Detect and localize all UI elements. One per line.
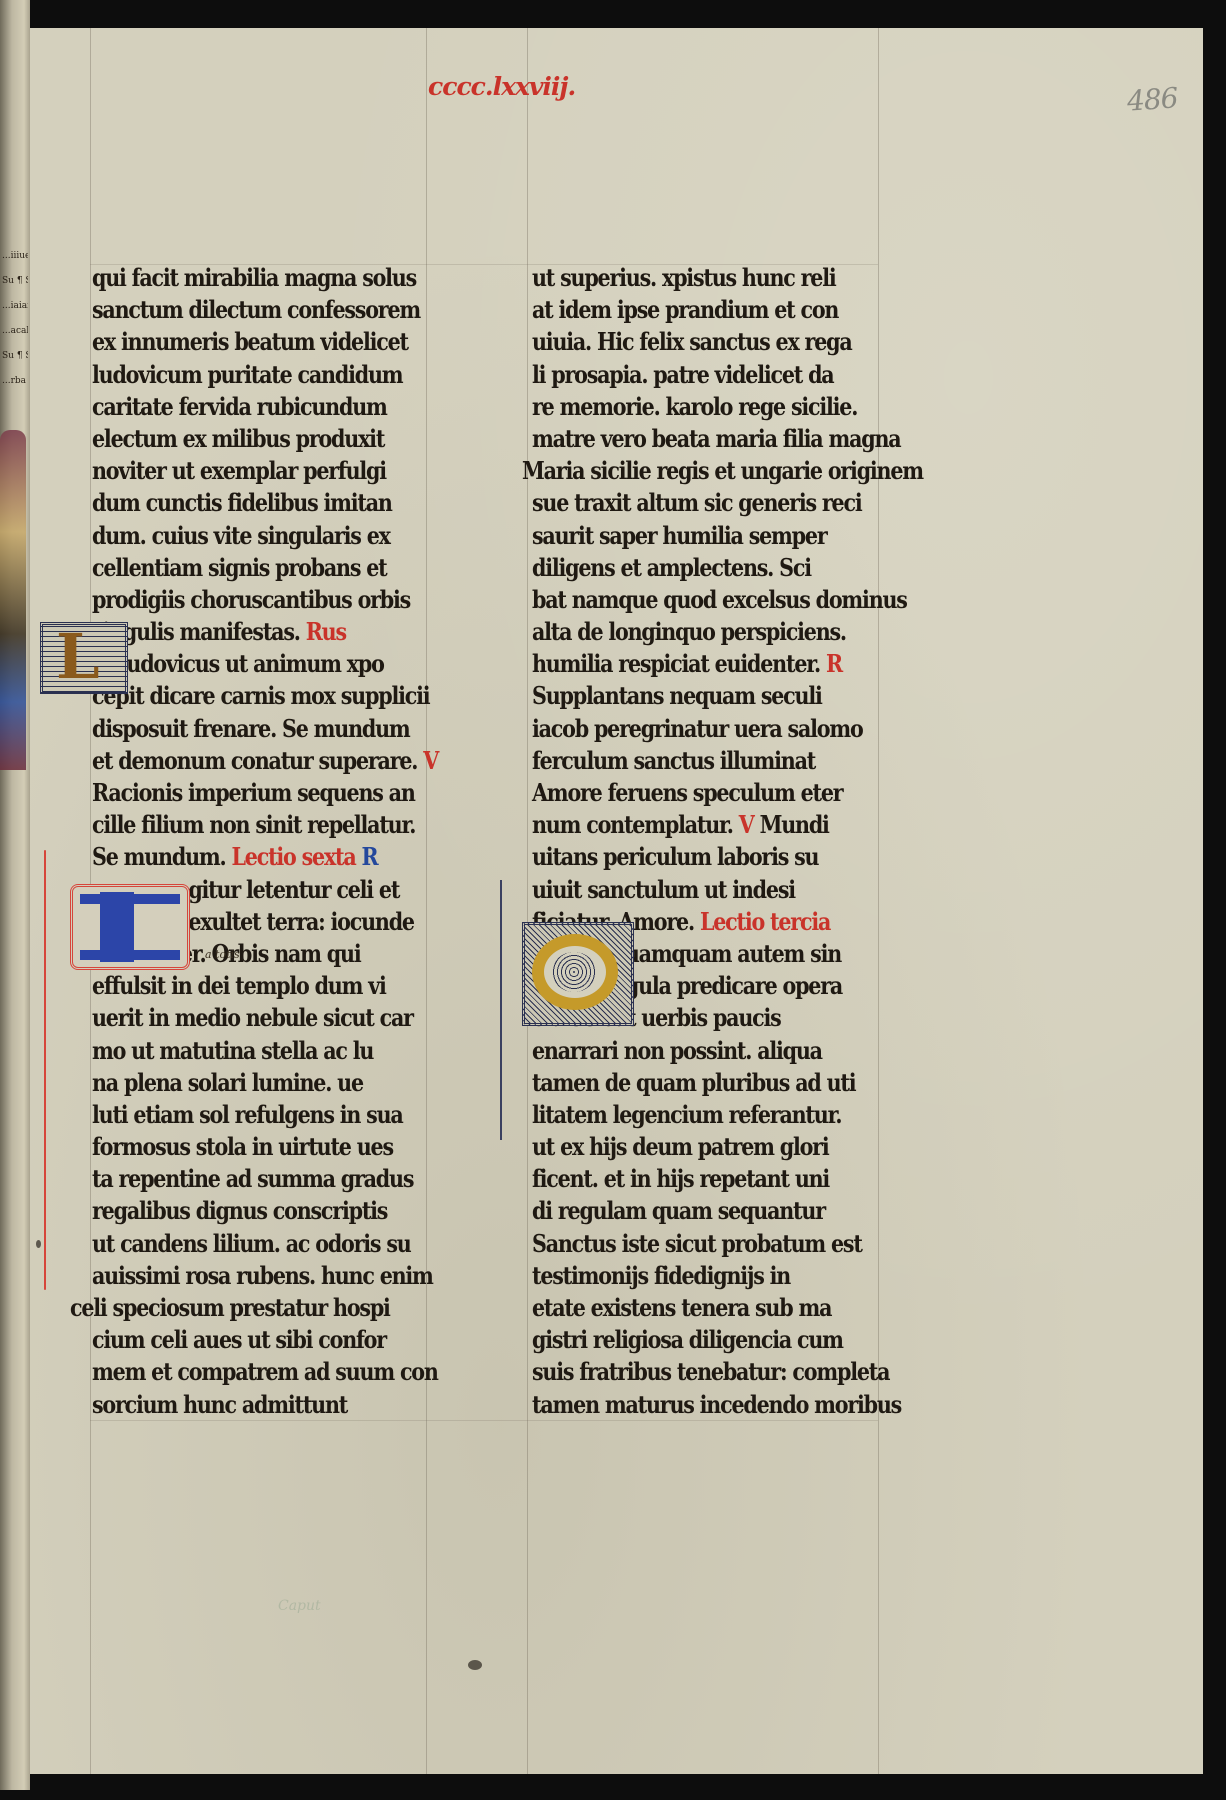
spiral-infill xyxy=(552,952,596,992)
rubric: Lectio tercia xyxy=(700,907,830,936)
text-line: Racionis imperium sequens an xyxy=(92,777,438,809)
text-line: testimonijs fidedignijs in xyxy=(532,1260,924,1292)
text-line: re memorie. karolo rege sicilie. xyxy=(532,391,924,423)
rubric: V xyxy=(423,746,438,775)
ink-stain xyxy=(468,1660,482,1670)
text-line: saurit saper humilia semper xyxy=(532,520,924,552)
text-line: ficent. et in hijs repetant uni xyxy=(532,1163,924,1195)
facing-page-miniature xyxy=(0,430,26,770)
running-head: cccc.lxxviij. xyxy=(428,72,575,101)
text-line: sanctum dilectum confessorem xyxy=(92,294,438,326)
text-line: disposuit frenare. Se mundum xyxy=(92,713,438,745)
text-line: caritate fervida rubicundum xyxy=(92,391,438,423)
text-line: uerit in medio nebule sicut car xyxy=(92,1002,438,1034)
text-line: at idem ipse prandium et con xyxy=(532,294,924,326)
text-line: regalibus dignus conscriptis xyxy=(92,1195,438,1227)
red-penwork-flourish xyxy=(44,850,46,1290)
text-line: prodigiis choruscantibus orbis xyxy=(92,584,438,616)
text-line: bat namque quod excelsus dominus xyxy=(532,584,924,616)
text-line: mo ut matutina stella ac lu xyxy=(92,1035,438,1067)
text-line: sorcium hunc admittunt xyxy=(92,1389,438,1421)
text-line: num contemplatur. V Mundi xyxy=(532,809,924,841)
interlinear-gloss: a totis xyxy=(205,948,240,961)
text-line: tamen de quam pluribus ad uti xyxy=(532,1067,924,1099)
text-line: Amore feruens speculum eter xyxy=(532,777,924,809)
text-line: celi speciosum prestatur hospi xyxy=(70,1292,435,1324)
ink-stain xyxy=(36,1240,41,1248)
blue-penwork-flourish xyxy=(500,880,502,1140)
text-line: dum cunctis fidelibus imitan xyxy=(92,487,438,519)
initial-letter: Q xyxy=(522,922,523,923)
text-line: iacob peregrinatur uera salomo xyxy=(532,713,924,745)
text-line: ut ex hijs deum patrem glori xyxy=(532,1131,924,1163)
facing-page-fragment: ...rba ... xyxy=(2,375,28,387)
decorated-initial-I: I xyxy=(70,884,190,970)
facing-page-fragment: ...iaiaiis g xyxy=(2,300,28,312)
text-line: auissimi rosa rubens. hunc enim xyxy=(92,1260,438,1292)
facing-page-fragment: ...acabam xyxy=(2,325,28,337)
text-line: electum ex milibus produxit xyxy=(92,423,438,455)
text-line: etate existens tenera sub ma xyxy=(532,1292,924,1324)
rubric: R xyxy=(826,649,842,678)
text-line: di regulam quam sequantur xyxy=(532,1195,924,1227)
facing-page-fragment: ...iiiuet obra xyxy=(2,250,28,262)
text-line: singulis manifestas. Rus xyxy=(92,616,438,648)
text-line: mem et compatrem ad suum con xyxy=(92,1356,438,1388)
text-line: Se mundum. Lectio sexta R xyxy=(92,841,438,873)
text-line: humilia respiciat euidenter. R xyxy=(532,648,924,680)
rubric: Rus xyxy=(306,617,346,646)
text-line: uiuia. Hic felix sanctus ex rega xyxy=(532,326,924,358)
left-column: qui facit mirabilia magna solus sanctum … xyxy=(92,262,494,1421)
right-column: ut superius. xpistus hunc reli at idem i… xyxy=(532,262,988,1421)
text-line: ludovicum puritate candidum xyxy=(92,359,438,391)
text-line: formosus stola in uirtute ues xyxy=(92,1131,438,1163)
text-line: suis fratribus tenebatur: completa xyxy=(532,1356,924,1388)
text-line: uitans periculum laboris su xyxy=(532,841,924,873)
text-line: alta de longinquo perspiciens. xyxy=(532,616,924,648)
decorated-initial-Q: Q xyxy=(522,922,634,1026)
facing-page-fragment: Su ¶ Sa xyxy=(2,275,28,287)
faded-marginal-note: Caput xyxy=(278,1598,321,1614)
facing-page-fragment: Su ¶ Sui xyxy=(2,350,28,362)
text-line: litatem legencium referantur. xyxy=(532,1099,924,1131)
text-line: Sanctus iste sicut probatum est xyxy=(532,1228,924,1260)
text-line: et demonum conatur superare. V xyxy=(92,745,438,777)
text-line: sue traxit altum sic generis reci xyxy=(532,487,924,519)
text-line: ferculum sanctus illuminat xyxy=(532,745,924,777)
text-line: gistri religiosa diligencia cum xyxy=(532,1324,924,1356)
rubric: V xyxy=(739,810,754,839)
text-line: tamen maturus incedendo moribus xyxy=(532,1389,924,1421)
text-line: uiuit sanctulum ut indesi xyxy=(532,874,924,906)
facing-page-edge: ...iiiuet obra Su ¶ Sa ...iaiaiis g ...a… xyxy=(0,0,30,1790)
initial-letter: L xyxy=(56,626,100,688)
ruling-line xyxy=(527,28,528,1774)
text-line: ut superius. xpistus hunc reli xyxy=(532,262,924,294)
text-line: li prosapia. patre videlicet da xyxy=(532,359,924,391)
rubric: Lectio sexta xyxy=(231,842,355,871)
decorated-initial-L: L xyxy=(40,622,128,694)
text-line: noviter ut exemplar perfulgi xyxy=(92,455,438,487)
text-line: cepit dicare carnis mox supplicii xyxy=(92,680,438,712)
folio-number: 486 xyxy=(1126,81,1179,117)
text-line: na plena solari lumine. ue xyxy=(92,1067,438,1099)
text-line: matre vero beata maria filia magna xyxy=(532,423,924,455)
text-line: Supplantans nequam seculi xyxy=(532,680,924,712)
text-line: qui facit mirabilia magna solus xyxy=(92,262,438,294)
text-line: Maria sicilie regis et ungarie originem xyxy=(522,455,923,487)
text-line: diligens et amplectens. Sci xyxy=(532,552,924,584)
text-line: enarrari non possint. aliqua xyxy=(532,1035,924,1067)
text-line: ex innumeris beatum videlicet xyxy=(92,326,438,358)
text-line: dum. cuius vite singularis ex xyxy=(92,520,438,552)
text-line: ta repentine ad summa gradus xyxy=(92,1163,438,1195)
blue-paraph-mark: R xyxy=(362,842,378,871)
text-line: ut candens lilium. ac odoris su xyxy=(92,1228,438,1260)
text-line: cellentiam signis probans et xyxy=(92,552,438,584)
text-line: luti etiam sol refulgens in sua xyxy=(92,1099,438,1131)
text-line: effulsit in dei templo dum vi xyxy=(92,970,438,1002)
text-line: cium celi aues ut sibi confor xyxy=(92,1324,438,1356)
text-line: cille filium non sinit repellatur. xyxy=(92,809,438,841)
text-line: udovicus ut animum xpo xyxy=(92,648,438,680)
